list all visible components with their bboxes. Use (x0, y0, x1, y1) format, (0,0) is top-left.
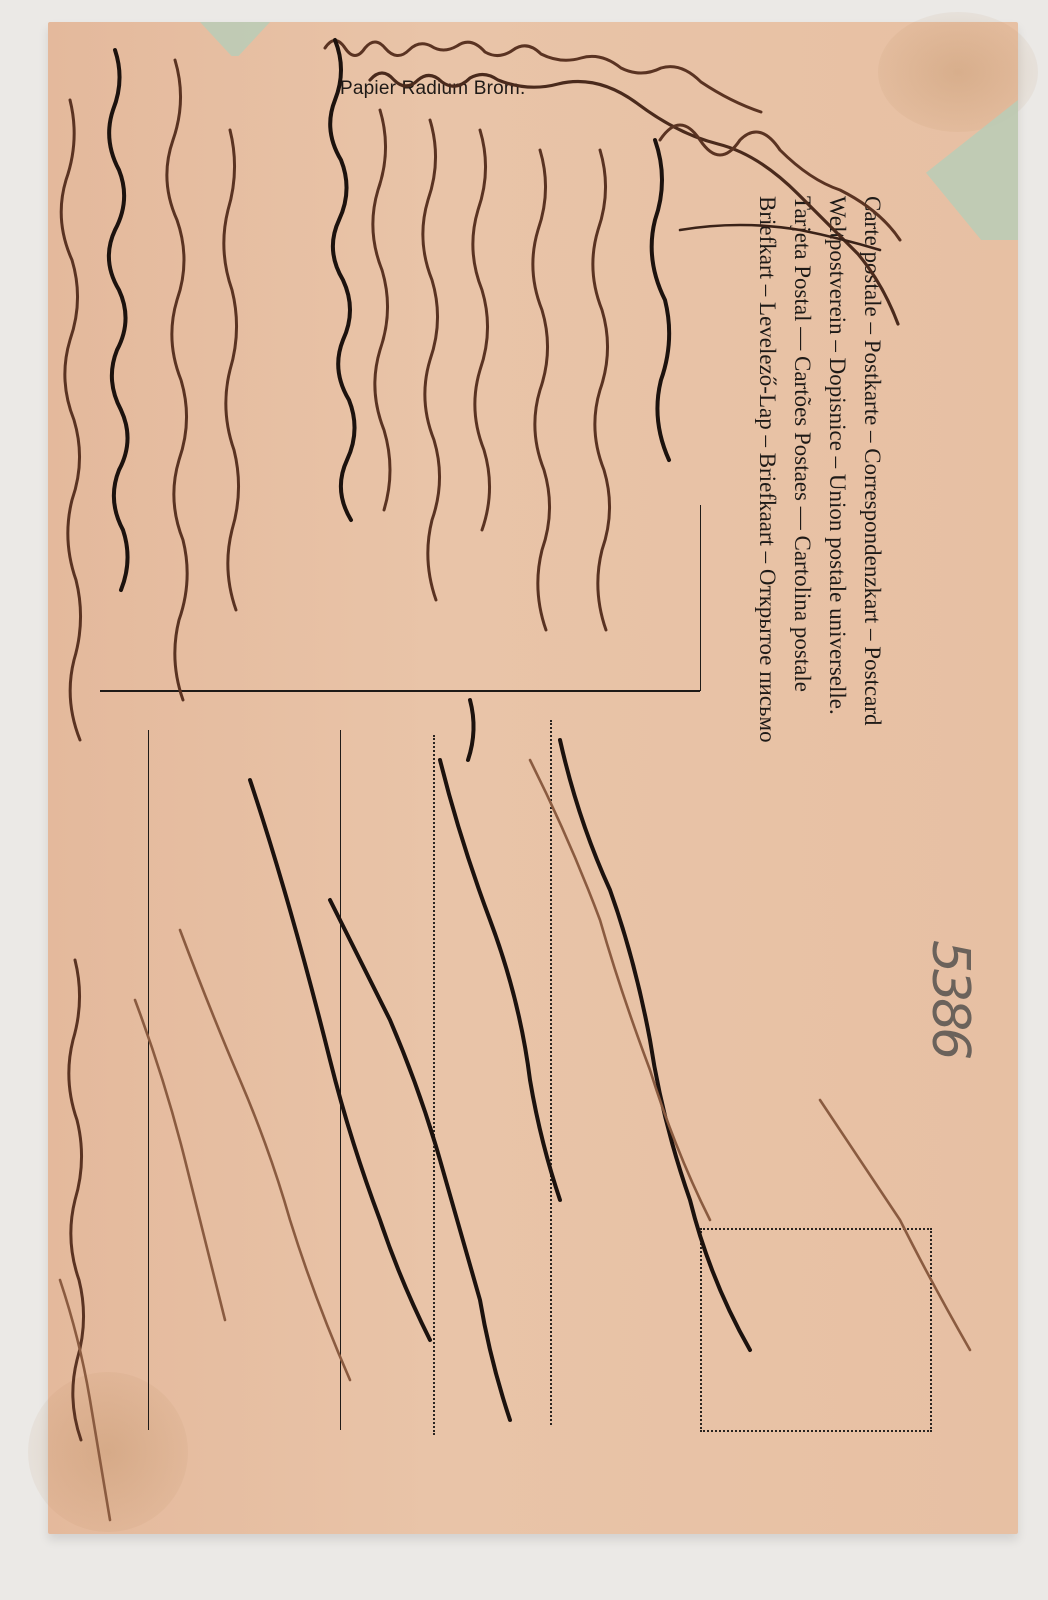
handwriting-layer (0, 0, 1048, 1600)
